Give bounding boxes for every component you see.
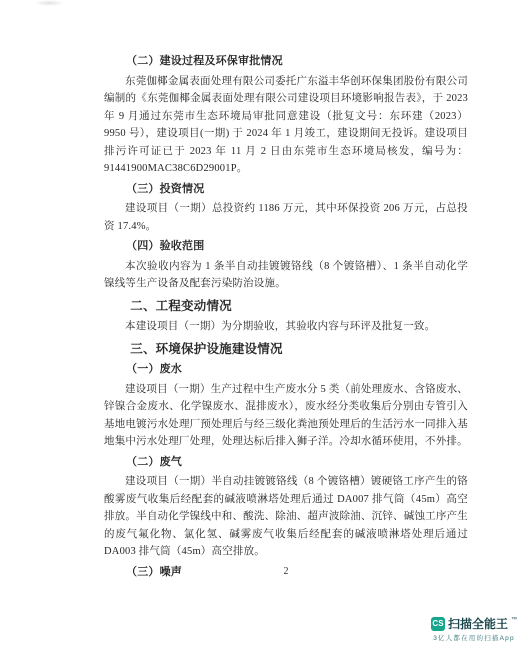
section-heading-waste-gas: （二）废气 — [104, 454, 468, 472]
trademark-symbol: ™ — [511, 617, 517, 623]
scan-artifact-smudge — [34, 0, 64, 6]
camscanner-logo-icon: CS — [431, 617, 445, 631]
section-heading-construction-approval: （二）建设过程及环保审批情况 — [104, 53, 468, 71]
chapter-heading-project-changes: 二、工程变动情况 — [104, 298, 468, 316]
paragraph-investment: 建设项目（一期）总投资约 1186 万元，其中环保投资 206 万元，占总投资 … — [104, 200, 468, 235]
document-body: （二）建设过程及环保审批情况 东莞伽椰金属表面处理有限公司委托广东溢丰华创环保集… — [104, 50, 468, 583]
page-number: 2 — [104, 566, 468, 577]
paragraph-waste-gas: 建设项目（一期）半自动挂镀镀铬线（8 个镀铬槽）镀硬铬工序产生的铬酸雾废气收集后… — [104, 473, 468, 561]
paragraph-acceptance-scope: 本次验收内容为 1 条半自动挂镀镀铬线（8 个镀铬槽）、1 条半自动化学镍线等生… — [104, 258, 468, 293]
section-heading-investment: （三）投资情况 — [104, 181, 468, 199]
scanned-document-page: （二）建设过程及环保审批情况 东莞伽椰金属表面处理有限公司委托广东溢丰华创环保集… — [0, 0, 530, 650]
camscanner-tagline: 3亿人都在用的扫描App — [433, 633, 515, 642]
camscanner-watermark: CS 扫描全能王 ™ 3亿人都在用的扫描App — [431, 617, 517, 642]
paragraph-construction-approval: 东莞伽椰金属表面处理有限公司委托广东溢丰华创环保集团股份有限公司编制的《东莞伽椰… — [104, 73, 468, 178]
section-heading-wastewater: （一）废水 — [104, 361, 468, 379]
section-heading-acceptance-scope: （四）验收范围 — [104, 238, 468, 256]
camscanner-watermark-row: CS 扫描全能王 ™ — [431, 617, 517, 631]
paragraph-wastewater: 建设项目（一期）生产过程中生产废水分 5 类（前处理废水、含铬废水、锌镍合金废水… — [104, 381, 468, 451]
paragraph-project-changes: 本建设项目（一期）为分期验收，其验收内容与环评及批复一致。 — [104, 318, 468, 336]
camscanner-brand-name: 扫描全能王 — [448, 618, 508, 630]
chapter-heading-env-protection: 三、环境保护设施建设情况 — [104, 341, 468, 359]
